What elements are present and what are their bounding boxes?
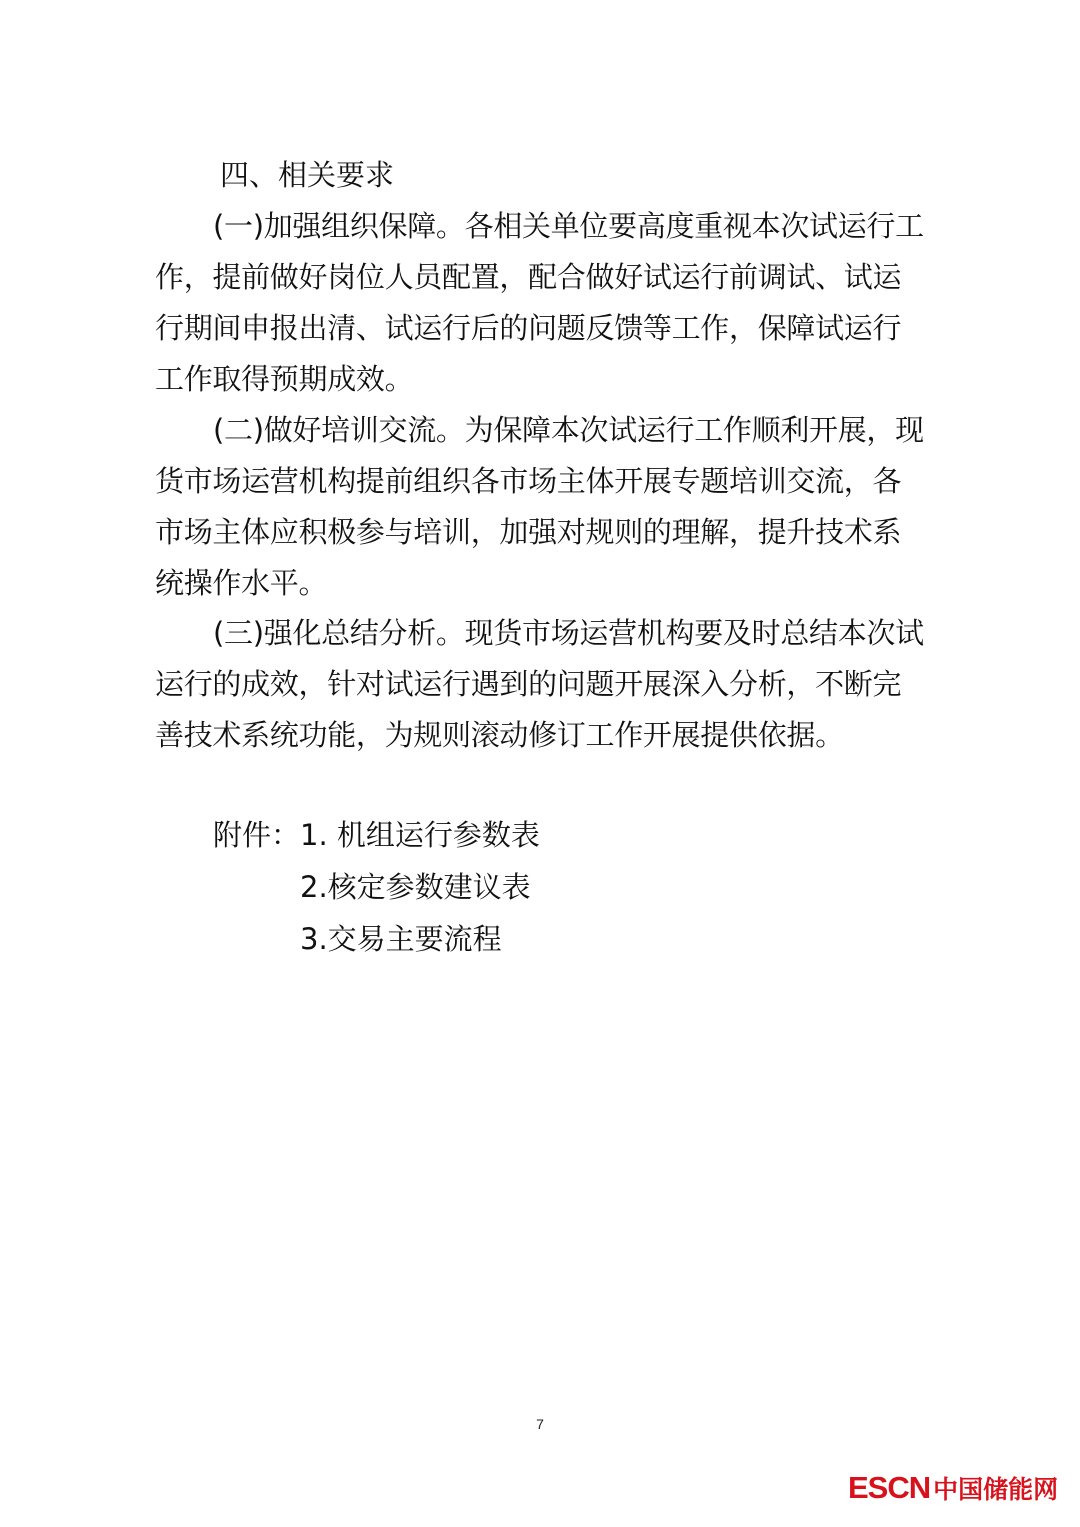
paragraph-line: 善技术系统功能，为规则滚动修订工作开展提供依据。	[155, 710, 920, 761]
watermark-brand-cn: 中国储能网	[933, 1470, 1058, 1506]
paragraph-2: (二)做好培训交流。为保障本次试运行工作顺利开展，现 货市场运营机构提前组织各市…	[155, 405, 920, 609]
paragraph-line: 货市场运营机构提前组织各市场主体开展专题培训交流，各	[155, 456, 920, 507]
paragraph-1: (一)加强组织保障。各相关单位要高度重视本次试运行工 作，提前做好岗位人员配置，…	[155, 201, 920, 405]
paragraph-line: 运行的成效，针对试运行遇到的问题开展深入分析，不断完	[155, 659, 920, 710]
attachment-item: 2.核定参数建议表	[300, 861, 531, 913]
paragraph-line: 工作取得预期成效。	[155, 354, 920, 405]
paragraph-line: (一)加强组织保障。各相关单位要高度重视本次试运行工	[155, 201, 920, 252]
watermark-logo: ESCN 中国储能网	[848, 1470, 1058, 1506]
section-heading: 四、相关要求	[220, 150, 394, 201]
attachment-item: 3.交易主要流程	[300, 913, 502, 965]
paragraph-line: 市场主体应积极参与培训，加强对规则的理解，提升技术系	[155, 507, 920, 558]
watermark-brand-en: ESCN	[848, 1470, 930, 1506]
paragraph-3: (三)强化总结分析。现货市场运营机构要及时总结本次试 运行的成效，针对试运行遇到…	[155, 608, 920, 761]
attachment-item: 1. 机组运行参数表	[300, 809, 540, 861]
paragraph-line: (三)强化总结分析。现货市场运营机构要及时总结本次试	[155, 608, 920, 659]
attachments-label: 附件：	[213, 809, 300, 861]
page-number: 7	[0, 1416, 1080, 1432]
document-page: 四、相关要求 (一)加强组织保障。各相关单位要高度重视本次试运行工 作，提前做好…	[0, 0, 1080, 1527]
paragraph-line: 作，提前做好岗位人员配置，配合做好试运行前调试、试运	[155, 252, 920, 303]
paragraph-line: 统操作水平。	[155, 558, 920, 609]
paragraph-line: 行期间申报出清、试运行后的问题反馈等工作，保障试运行	[155, 303, 920, 354]
paragraph-line: (二)做好培训交流。为保障本次试运行工作顺利开展，现	[155, 405, 920, 456]
